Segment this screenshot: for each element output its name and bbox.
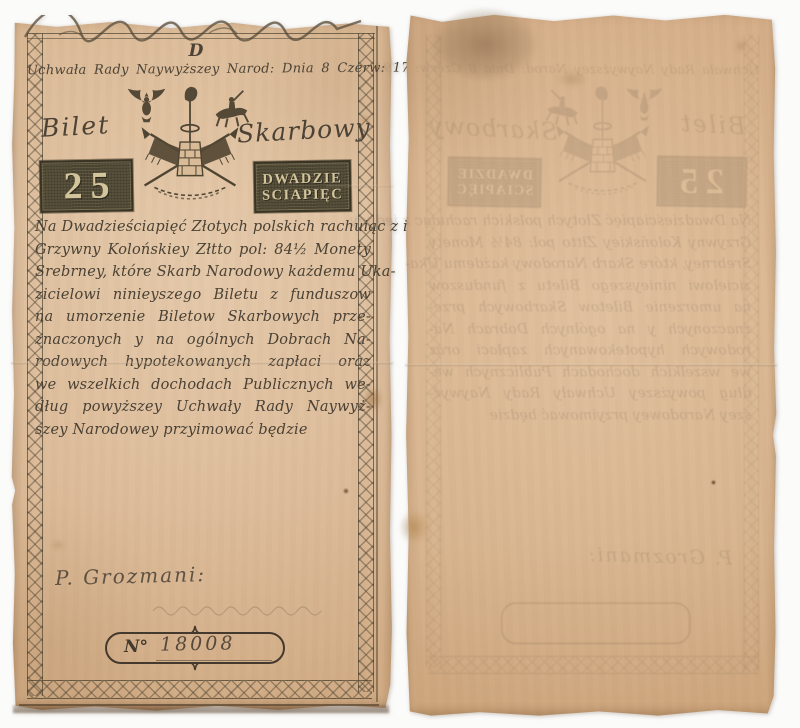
stain [343, 488, 349, 494]
serial-number: 18008 [160, 632, 236, 655]
text-line: znaczonych y na ogólnych Dobrach Na- [35, 329, 371, 352]
reverse-showthrough: Uchwała Rady Naywyższey Narod: Dnia 8 Cz… [407, 22, 775, 686]
photo-background: D Uchwała Rady Naywyższey Narod: Dnia 8 … [0, 0, 800, 728]
ghost-emblem-icon [527, 82, 679, 205]
serial-cartouche: N° 18008 [98, 624, 292, 672]
border-top-line [27, 33, 375, 39]
text-line: szey Narodowey przyimować będzie [35, 419, 371, 442]
text-line: Grzywny Kolońskiey Złtto pol: 84½ Monety [35, 239, 371, 262]
bottom-edge-smudge [13, 705, 389, 713]
text-line: dług powyższey Uchwały Rady Naywyż- [35, 396, 371, 419]
obligation-text: Na Dwadzieściapięć Złotych polskich rach… [35, 216, 371, 441]
ghost-title-bilet: Bilet [678, 109, 746, 140]
title-bilet: Bilet [40, 110, 111, 143]
text-line: Srebrney, które Skarb Narodowy każdemu U… [35, 261, 371, 284]
stain [51, 540, 65, 550]
series-letter: D [161, 41, 231, 61]
showthrough-script-trace [151, 601, 326, 617]
stain [433, 8, 537, 80]
banknote-reverse: Uchwała Rady Naywyższey Narod: Dnia 8 Cz… [405, 12, 777, 717]
denomination-numeral-box: 25 [40, 159, 134, 213]
serial-underline [156, 660, 272, 661]
decree-header: Uchwała Rady Naywyższey Narod: Dnia 8 Cz… [27, 61, 375, 78]
text-line: we wszelkich dochodach Publicznych we- [35, 374, 371, 397]
text-line: na umorzenie Biletow Skarbowych prze- [35, 306, 371, 329]
border-ornament-bottom [27, 680, 372, 699]
fold-crease [11, 362, 393, 364]
banknote-obverse: D Uchwała Rady Naywyższey Narod: Dnia 8 … [11, 20, 393, 712]
signature: P. Grozmani: [55, 562, 207, 590]
stain [399, 510, 429, 544]
stain [735, 40, 747, 52]
ghost-obligation-text: Na Dwadzieściapięć Złotych polskich rach… [429, 210, 752, 426]
stain [363, 386, 383, 412]
small-crease [326, 185, 393, 187]
insurrection-emblem-icon [111, 82, 269, 210]
stain [711, 480, 716, 485]
ghost-border-bottom [428, 656, 759, 674]
denomination-word-2: SCIAPIĘC [262, 186, 344, 203]
text-line: Na Dwadzieściapięć Złotych polskich rach… [35, 216, 371, 239]
ghost-numeral-box: 25 [657, 156, 747, 207]
border-outer-line-right [376, 26, 378, 702]
fold-crease-reverse [405, 364, 777, 366]
ghost-signature: P. Grozmani: [587, 543, 733, 570]
ghost-serial-cartouche [501, 602, 691, 644]
ghost-words-box: DWADZIE SCIAPIĘC [448, 157, 542, 208]
obverse-layout: D Uchwała Rady Naywyższey Narod: Dnia 8 … [11, 20, 393, 712]
text-line: zicielowi ninieyszego Biletu z funduszow [35, 284, 371, 307]
stain [361, 115, 370, 124]
stain [555, 70, 589, 88]
serial-prefix: N° [124, 637, 148, 657]
